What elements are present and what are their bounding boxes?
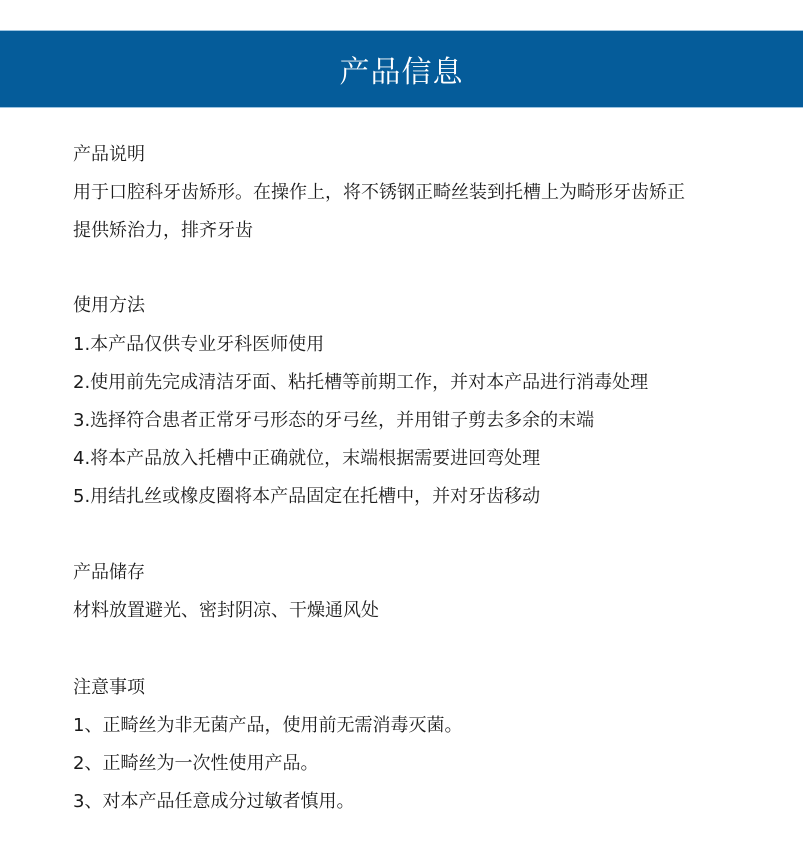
- description-line: 用于口腔科牙齿矫形。在操作上，将不锈钢正畸丝装到托槽上为畸形牙齿矫正: [73, 181, 685, 205]
- precaution-item: 3、对本产品任意成分过敏者慎用。: [73, 790, 354, 814]
- usage-step: 2.使用前先完成清洁牙面、粘托槽等前期工作，并对本产品进行消毒处理: [73, 371, 648, 395]
- section-heading-usage: 使用方法: [73, 294, 145, 318]
- storage-line: 材料放置避光、密封阴凉、干燥通风处: [73, 599, 379, 623]
- page-title: 产品信息: [340, 47, 464, 91]
- section-heading-storage: 产品储存: [73, 561, 145, 585]
- usage-step: 4.将本产品放入托槽中正确就位，末端根据需要进回弯处理: [73, 447, 540, 471]
- usage-step: 3.选择符合患者正常牙弓形态的牙弓丝，并用钳子剪去多余的末端: [73, 409, 594, 433]
- description-line: 提供矫治力，排齐牙齿: [73, 219, 253, 243]
- usage-step: 5.用结扎丝或橡皮圈将本产品固定在托槽中，并对牙齿移动: [73, 485, 540, 509]
- usage-step: 1.本产品仅供专业牙科医师使用: [73, 333, 324, 357]
- precaution-item: 1、正畸丝为非无菌产品，使用前无需消毒灭菌。: [73, 714, 462, 738]
- section-heading-precautions: 注意事项: [73, 676, 145, 700]
- header-banner: 产品信息: [0, 30, 803, 108]
- section-heading-description: 产品说明: [73, 143, 145, 167]
- precaution-item: 2、正畸丝为一次性使用产品。: [73, 752, 318, 776]
